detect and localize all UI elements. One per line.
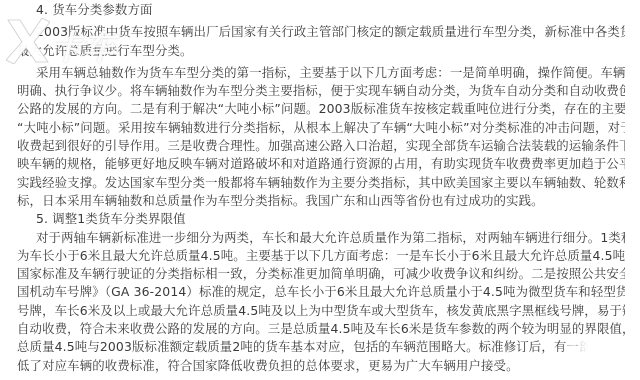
paragraph-line: 总质量4.5吨与2003版标准额定载质量2吨的货车基本对应，包括的车辆范围略大。… (17, 338, 625, 356)
paragraph-line: 收费起到很好的引导作用。三是收费合理性。加强高速公路入口治超，实现全部货车运输合… (17, 137, 625, 155)
section-5-heading: 5. 调整1类货车分类界限值 (17, 210, 625, 228)
article-body: 4. 货车分类参数方面 2003版标准中货车按照车辆出厂后国家有关行政主管部门核… (17, 1, 625, 375)
paragraph-line: 对于两轴车辆新标准进一步细分为两类，车长和最大允许总质量作为第二指标，对两轴车辆… (17, 229, 625, 247)
paragraph-line: 映车辆的规格，能够更好地反映车辆对道路破坏和对道路通行资源的占用，有助实现货车收… (17, 155, 625, 173)
paragraph-line: 自动收费，符合未来收费公路的发展的方向。三是总质量4.5吨及车长6米是货车参数的… (17, 320, 625, 338)
paragraph-line: 低了对应车辆的收费标准，符合国家降低收费负担的总体要求，更易为广大车辆用户接受。 (17, 357, 625, 375)
paragraph-line: 国家标准及车辆行驶证的分类指标相一致，分类标准更加简单明确，可减少收费争议和纠纷… (17, 265, 625, 283)
paragraph-line: 号牌，车长6米及以上或最大允许总质量4.5吨及以上为中型货车或大型货车，核发黄底… (17, 302, 625, 320)
paragraph-line: 2003版标准中货车按照车辆出厂后国家有关行政主管部门核定的额定载质量进行车型分… (17, 23, 625, 41)
blur-overlay (560, 338, 640, 380)
section-4-heading: 4. 货车分类参数方面 (17, 1, 625, 19)
paragraph-line: 实践经验支撑。发达国家车型分类一般都将车辆轴数作为主要分类指标，其中欧美国家主要… (17, 174, 625, 192)
paragraph-line: 最大允许总质量进行车型分类。 (17, 42, 625, 60)
paragraph-line: 采用车辆总轴数作为货车车型分类的第一指标，主要基于以下几方面考虑：一是简单明确，… (17, 64, 625, 82)
paragraph-line: 标，日本采用车辆轴数和总质量作为车型分类指标。我国广东和山西等省份也有过成功的实… (17, 192, 625, 210)
paragraph-line: 明确、执行争议少。将车辆轴数作为车型分类主要指标，便于实现车辆自动分类，为货车自… (17, 82, 625, 100)
paragraph-line: 公路的发展的方向。二是有利于解决“大吨小标”问题。2003版标准货车按核定载重吨… (17, 100, 625, 118)
paragraph-line: 国机动车号牌》（GA 36-2014）标准的规定，总车长小于6米且最大允许总质量… (17, 283, 625, 301)
paragraph-line: 为车长小于6米且最大允许总质量4.5吨。主要基于以下几方面考虑：一是车长小于6米… (17, 247, 625, 265)
paragraph-line: “大吨小标”问题。采用按车辆轴数进行分类指标，从根本上解决了车辆“大吨小标”对分… (17, 119, 625, 137)
